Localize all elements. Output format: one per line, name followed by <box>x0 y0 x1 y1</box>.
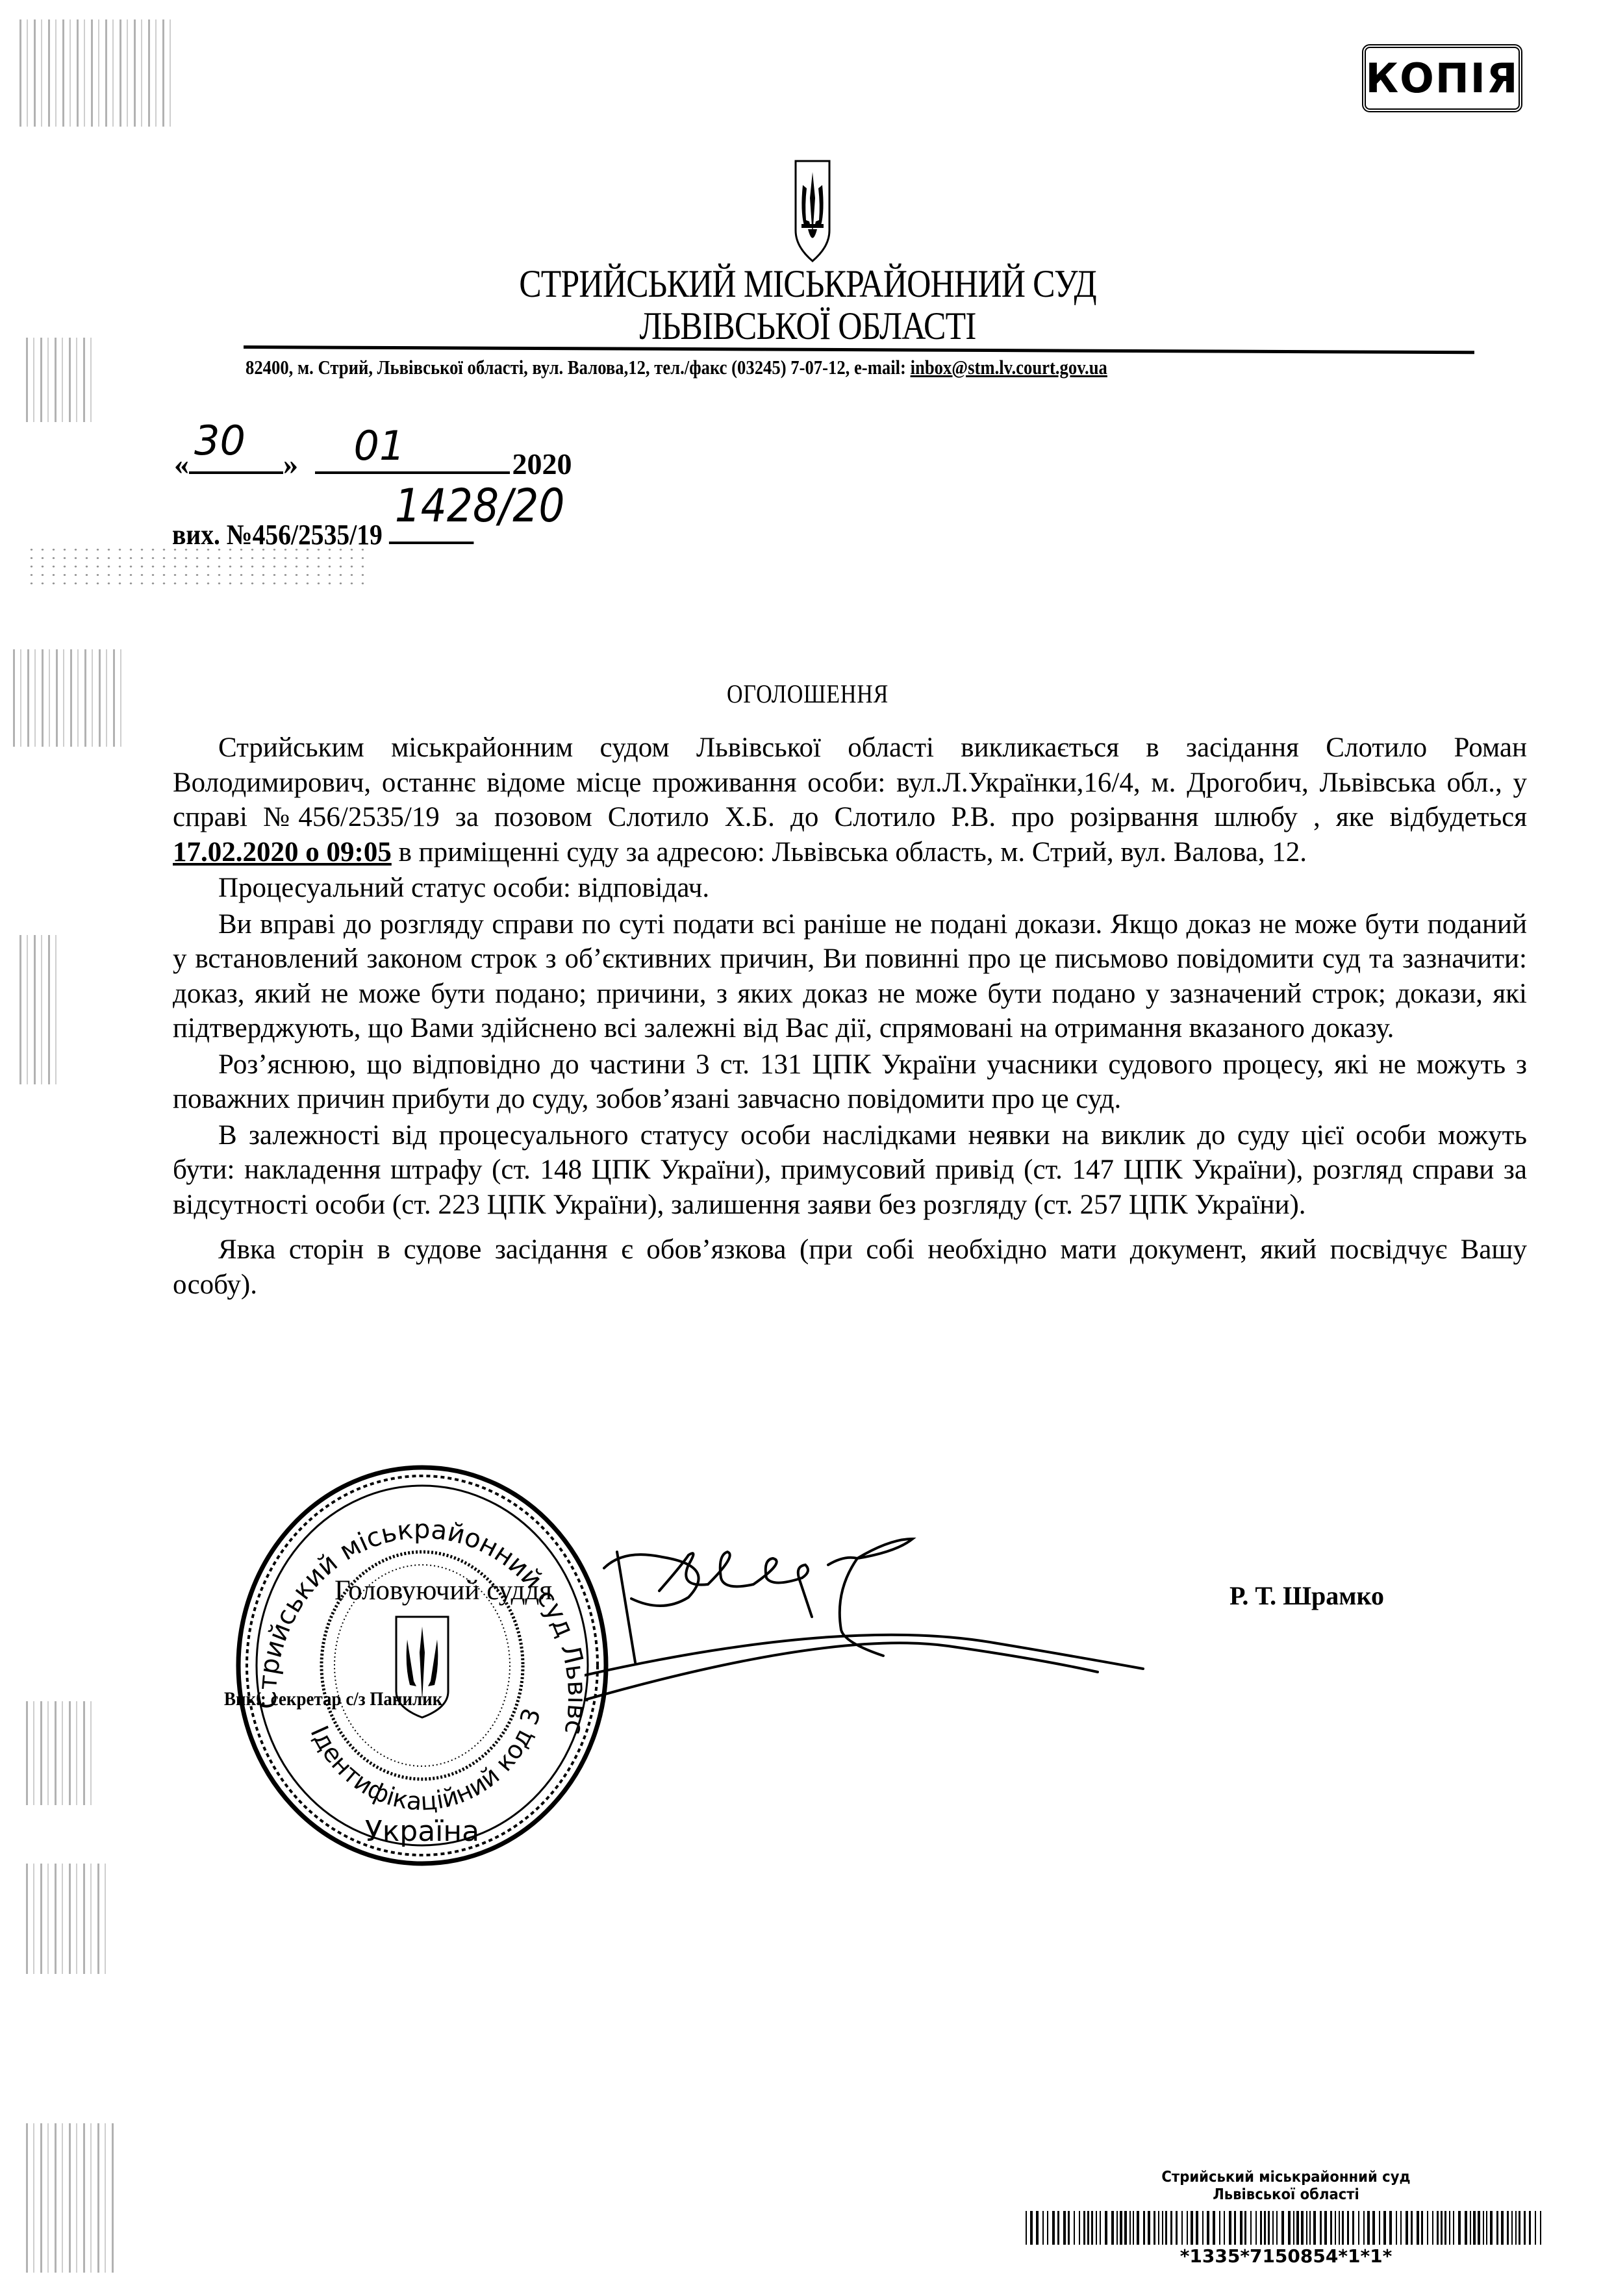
scan-noise <box>26 545 364 591</box>
quote-open: « <box>174 447 189 480</box>
paragraph-evidence: Ви вправі до розгляду справи по суті под… <box>173 907 1527 1046</box>
footer-line1: Стрийський міськрайонний суд <box>1053 2169 1519 2186</box>
ukraine-trident-icon <box>794 159 831 263</box>
document-date: «30» 012020 <box>174 442 572 481</box>
email-link[interactable]: inbox@stm.lv.court.gov.ua <box>911 356 1107 379</box>
paragraph-status: Процесуальний статус особи: відповідач. <box>173 871 1527 906</box>
date-month-handwritten: 01 <box>354 422 405 469</box>
executor-note: Вик.: секретар с/з Панилик <box>224 1688 442 1710</box>
court-name-line1: СТРИЙСЬКИЙ МІСЬКРАЙОННИЙ СУД <box>114 263 1502 305</box>
scan-noise <box>26 338 97 422</box>
copy-stamp: КОПІЯ <box>1362 44 1522 112</box>
judge-signature <box>585 1526 1318 1721</box>
summons-text: Стрийським міськрайонним судом Львівсько… <box>173 732 1527 832</box>
date-day-handwritten: 30 <box>194 417 246 464</box>
announcement-body: Стрийським міськрайонним судом Львівсько… <box>173 730 1527 1303</box>
date-day-field: 30 <box>189 442 283 474</box>
paragraph-summons: Стрийським міськрайонним судом Львівсько… <box>173 730 1527 869</box>
seal-bottom-text: Україна <box>365 1815 479 1848</box>
paragraph-consequences: В залежності від процесуального статусу … <box>173 1118 1527 1223</box>
page-title: ОГОЛОШЕННЯ <box>122 679 1494 709</box>
outgoing-handwritten: 1428/20 <box>395 479 565 532</box>
date-month-field: 01 <box>315 442 510 474</box>
scan-noise <box>13 649 123 747</box>
scan-noise <box>26 2123 117 2273</box>
court-address: 82400, м. Стрий, Львівської області, вул… <box>246 356 1107 379</box>
paragraph-explanation: Роз’яснюю, що відповідно до частини 3 ст… <box>173 1047 1527 1117</box>
outgoing-number-field: 1428/20 <box>389 513 474 544</box>
barcode <box>1023 2211 1549 2245</box>
court-name-line2: ЛЬВІВСЬКОЇ ОБЛАСТІ <box>114 305 1502 347</box>
scan-noise <box>19 935 58 1084</box>
scan-noise <box>19 19 175 127</box>
footer-court-name: Стрийський міськрайонний суд Львівської … <box>1053 2169 1519 2204</box>
outgoing-prefix: вих. №456/2535/19 <box>172 519 383 551</box>
address-text: 82400, м. Стрий, Львівської області, вул… <box>246 356 911 379</box>
scan-noise <box>26 1701 97 1805</box>
quote-close: » <box>283 447 298 480</box>
footer-line2: Львівської області <box>1053 2186 1519 2204</box>
signature-role: Головуючий суддя <box>334 1575 552 1606</box>
scan-noise <box>26 1864 110 1974</box>
court-seal: Стрийський міськрайонний суд Львівської … <box>231 1458 614 1873</box>
date-year: 2020 <box>512 447 572 480</box>
summons-location: в приміщенні суду за адресою: Львівська … <box>392 837 1307 867</box>
judge-name: Р. Т. Шрамко <box>1229 1580 1384 1611</box>
barcode-number: *1335*7150854*1*1* <box>1023 2245 1549 2267</box>
paragraph-attendance: Явка сторін в судове засідання є обов’яз… <box>173 1232 1527 1302</box>
outgoing-number: вих. №456/2535/19 1428/20 <box>172 513 473 551</box>
hearing-datetime: 17.02.2020 о 09:05 <box>173 837 392 867</box>
